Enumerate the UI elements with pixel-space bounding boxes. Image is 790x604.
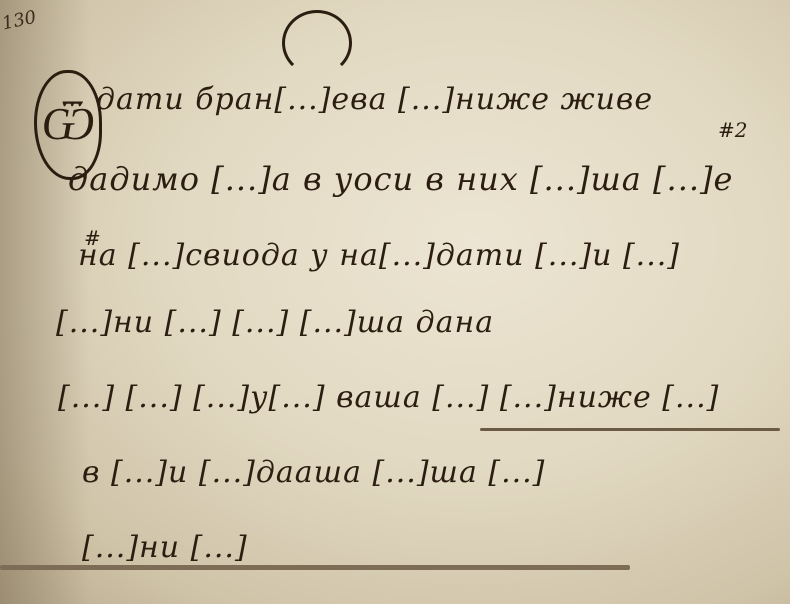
underline-stroke (480, 428, 780, 431)
text-line-6: в [...]и [...]дааша [...]ша [...] (82, 455, 545, 490)
text-line-4: [...]ни [...] [...] [...]ша дана (56, 305, 494, 340)
text-line-5: [...] [...] [...]у[...] ваша [...] [...]… (58, 380, 719, 415)
ruled-line-bottom (0, 565, 630, 570)
text-line-2: дадимo [...]а в уоси в них [...]ша [...]… (68, 160, 733, 198)
text-line-1: дати бран[...]ева [...]ниже живе (96, 82, 653, 117)
decorative-flourish (282, 10, 352, 76)
text-line-7: [...]ни [...] (82, 530, 248, 565)
superscript-mark: #2 (718, 118, 747, 142)
folio-number: 130 (0, 7, 38, 35)
manuscript-page: 130 Ѿ #2 # дати бран[...]ева [...]ниже ж… (0, 0, 790, 604)
text-line-3: на [...]свиода у на[...]дати [...]и [...… (78, 238, 680, 273)
